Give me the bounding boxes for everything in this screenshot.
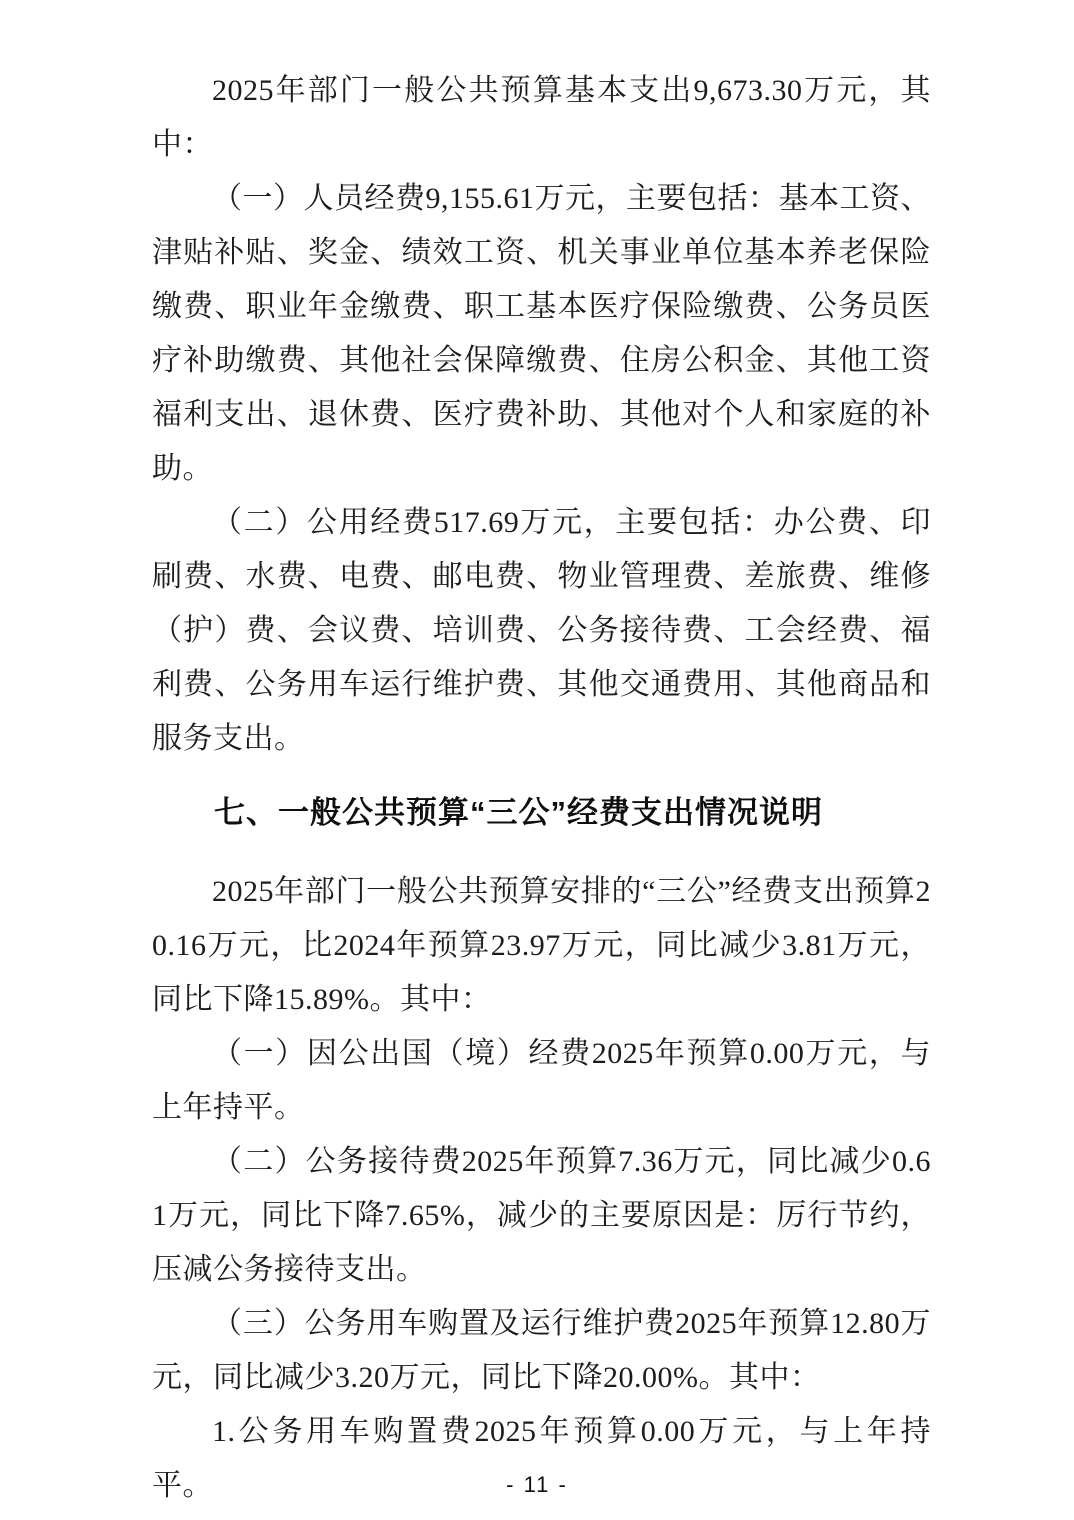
paragraph-official-vehicle-expense: （三）公务用车购置及运行维护费2025年预算12.80万元，同比减少3.20万元… [152, 1297, 931, 1405]
paragraph-three-public-funds-overview: 2025年部门一般公共预算安排的“三公”经费支出预算20.16万元，比2024年… [152, 865, 931, 1027]
document-page: 2025年部门一般公共预算基本支出9,673.30万元，其中： （一）人员经费9… [0, 0, 1074, 1520]
paragraph-official-reception-expense: （二）公务接待费2025年预算7.36万元，同比减少0.61万元，同比下降7.6… [152, 1135, 931, 1297]
paragraph-overseas-travel-expense: （一）因公出国（境）经费2025年预算0.00万元，与上年持平。 [152, 1027, 931, 1135]
paragraph-personnel-expenses: （一）人员经费9,155.61万元，主要包括：基本工资、津贴补贴、奖金、绩效工资… [152, 172, 931, 496]
section-heading-three-public-funds: 七、一般公共预算“三公”经费支出情况说明 [152, 786, 931, 840]
document-body: 2025年部门一般公共预算基本支出9,673.30万元，其中： （一）人员经费9… [152, 64, 931, 1513]
page-number: - 11 - [0, 1472, 1074, 1498]
paragraph-public-operating-expenses: （二）公用经费517.69万元，主要包括：办公费、印刷费、水费、电费、邮电费、物… [152, 496, 931, 766]
paragraph-basic-expenditure-total: 2025年部门一般公共预算基本支出9,673.30万元，其中： [152, 64, 931, 172]
